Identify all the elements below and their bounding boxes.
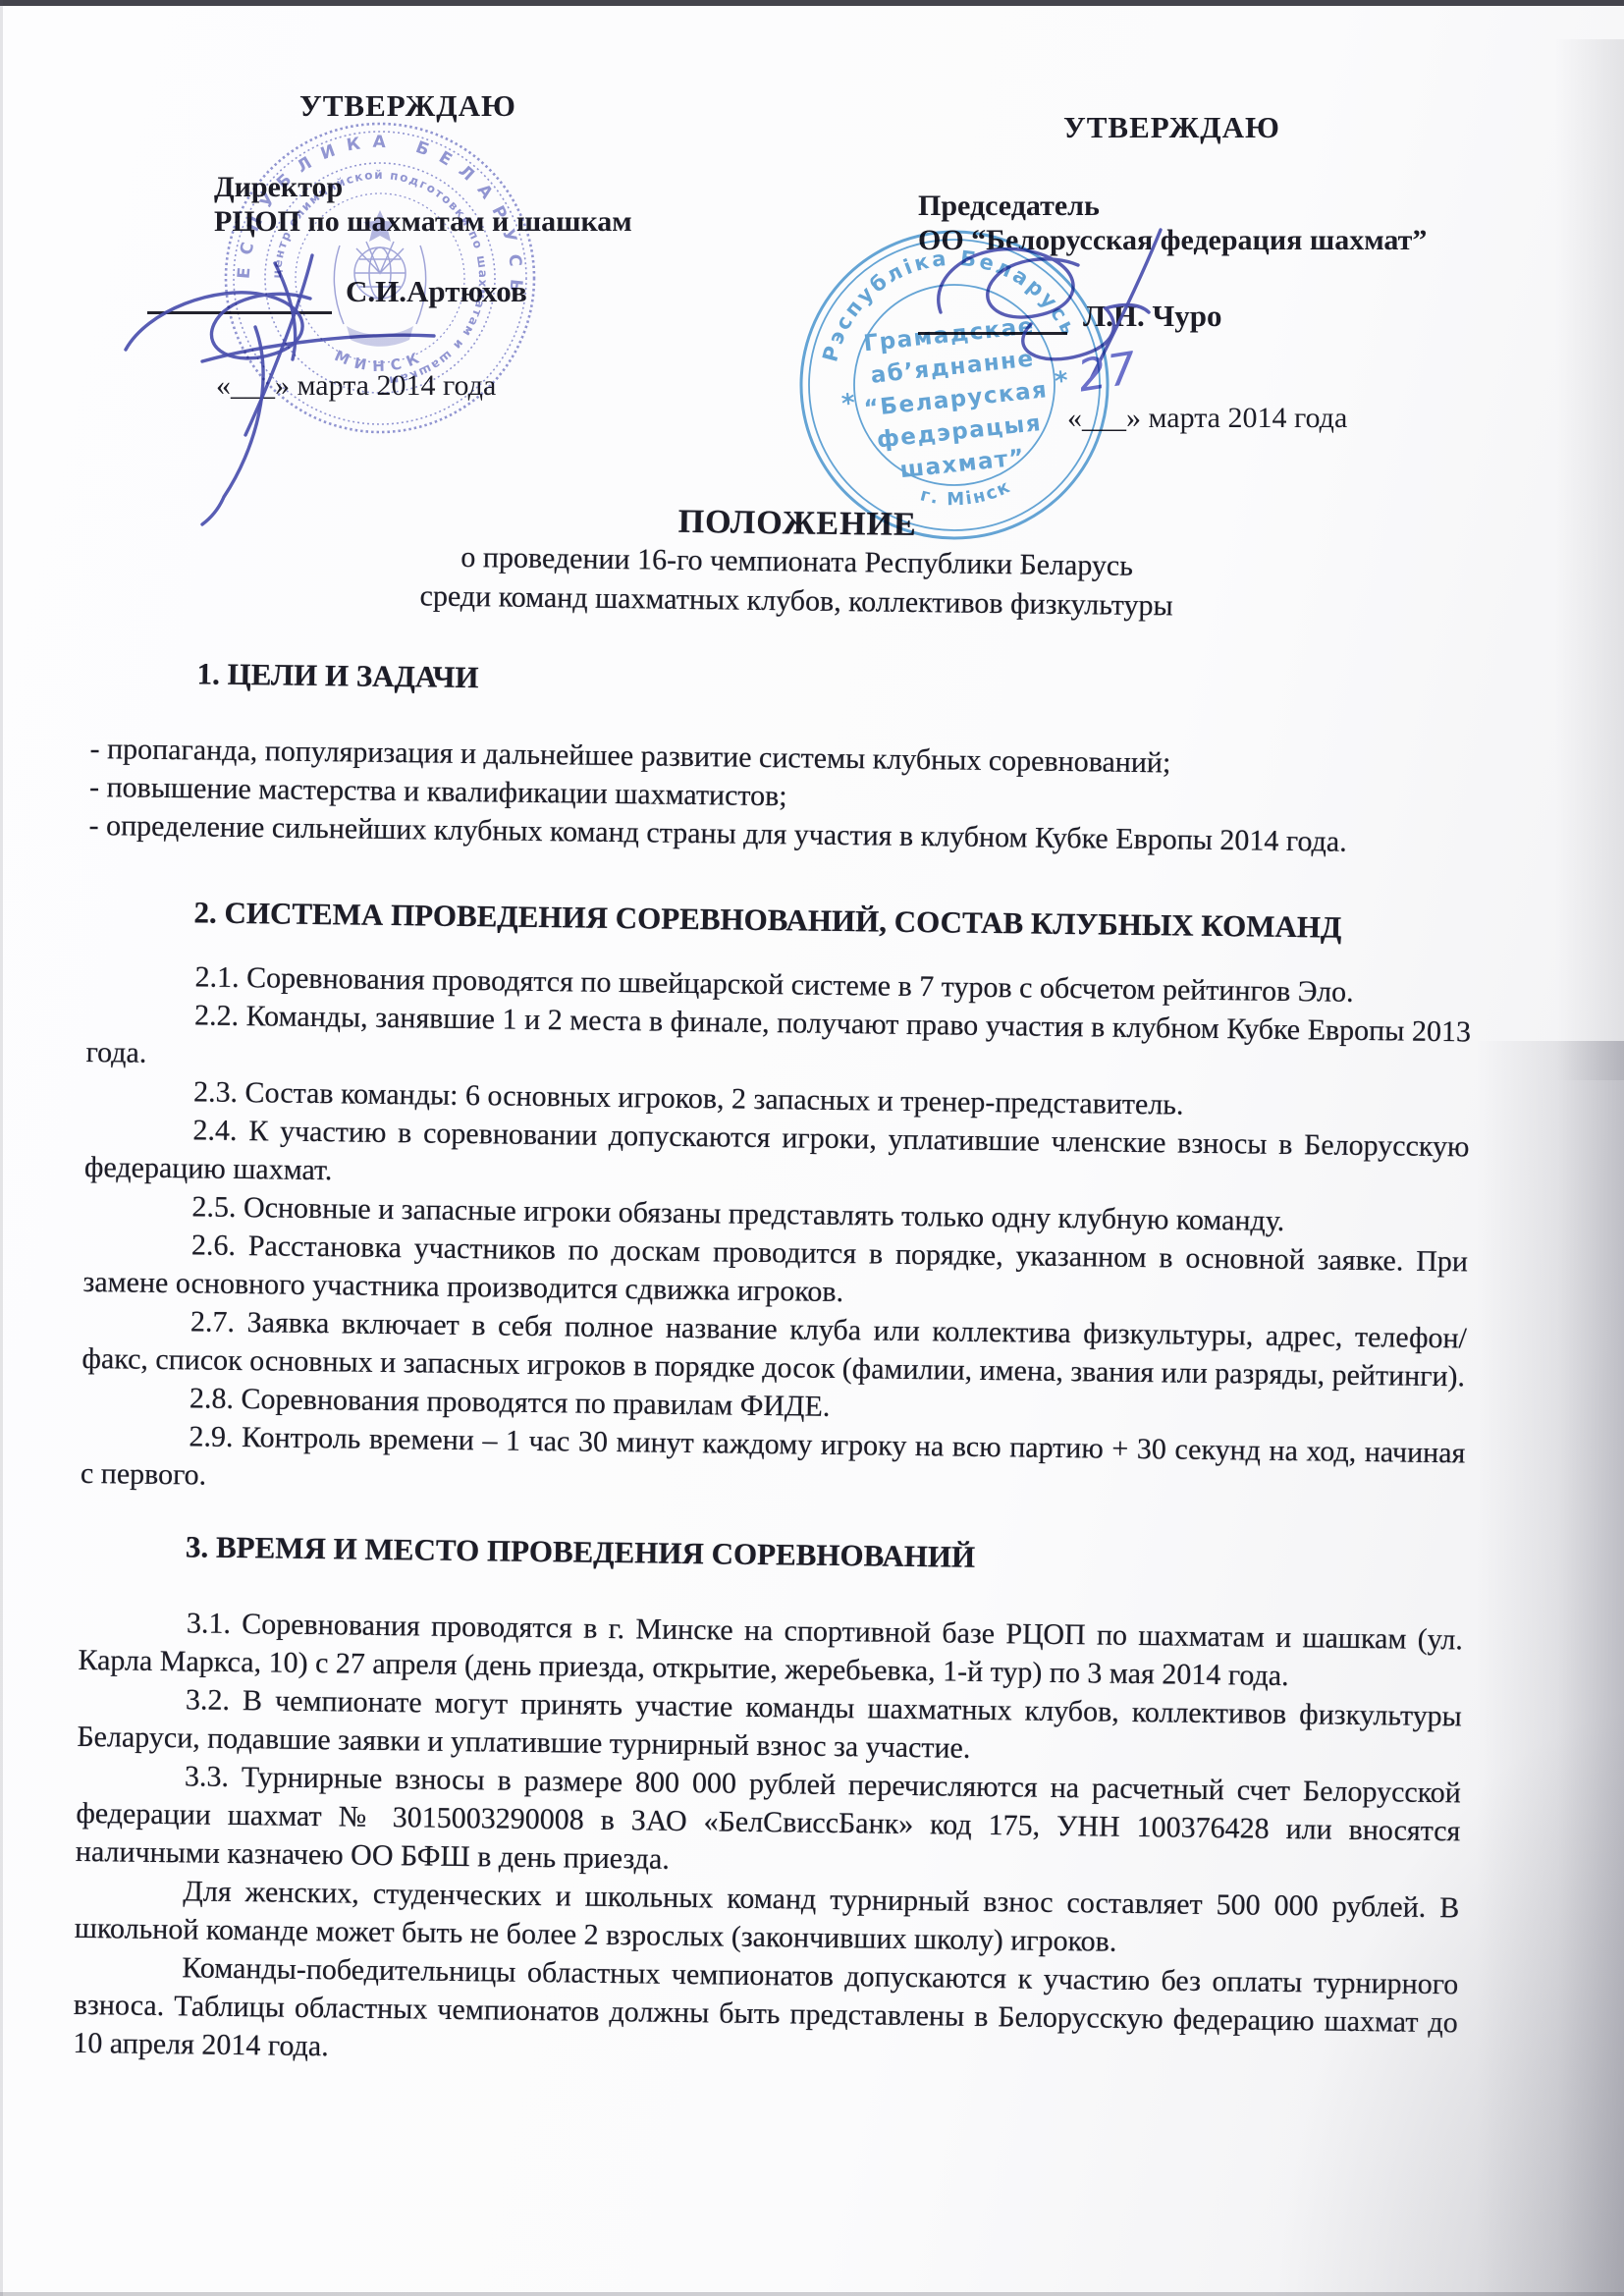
scan-shadow-right-lower <box>1477 1041 1624 2296</box>
belarus-emblem <box>334 210 425 347</box>
document-body: ПОЛОЖЕНИЕ о проведении 16-го чемпионата … <box>73 496 1478 2080</box>
section-1-paragraphs: - пропаганда, популяризация и дальнейшее… <box>88 730 1474 862</box>
section-3-paragraphs: 3.1. Соревнования проводятся в г. Минске… <box>73 1603 1463 2080</box>
scan-edge-top <box>0 0 1624 6</box>
stamp-bfsh-seal: Рэспубліка Беларусь г. Мінск * * Грамадс… <box>782 212 1127 558</box>
scan-edge-left <box>0 0 3 2296</box>
svg-text:шахмат”: шахмат” <box>898 445 1026 483</box>
clause-3-3: 3.3. Турнирные взносы в размере 800 000 … <box>76 1756 1461 1888</box>
stamp-asterisk-right: * <box>1054 366 1070 397</box>
section-2-heading: 2. СИСТЕМА ПРОВЕДЕНИЯ СОРЕВНОВАНИЙ, СОСТ… <box>193 893 1472 949</box>
scanned-document-page: УТВЕРЖДАЮ Директор РЦОП по шахматам и ша… <box>0 0 1624 2296</box>
section-1-heading: 1. ЦЕЛИ И ЗАДАЧИ <box>196 654 1475 710</box>
stamp-rcop-seal: РЕСПУБЛИКА БЕЛАРУСЬ республиканский цент… <box>218 116 542 440</box>
clause-3-regional-winners: Команды-победительницы областных чемпион… <box>73 1947 1458 2080</box>
scan-edge-bottom <box>0 2292 1624 2296</box>
stamp-center-text: Грамадскае аб’яднанне “Беларуская федэра… <box>856 313 1056 487</box>
section-2-paragraphs: 2.1. Соревнования проводятся по швейцарс… <box>81 957 1472 1510</box>
approval-right-label: УТВЕРЖДАЮ <box>1063 110 1566 145</box>
stamp-bottom-arc-text: г. Мінск <box>916 475 1016 515</box>
section-3-heading: 3. ВРЕМЯ И МЕСТО ПРОВЕДЕНИЯ СОРЕВНОВАНИЙ <box>186 1527 1464 1583</box>
